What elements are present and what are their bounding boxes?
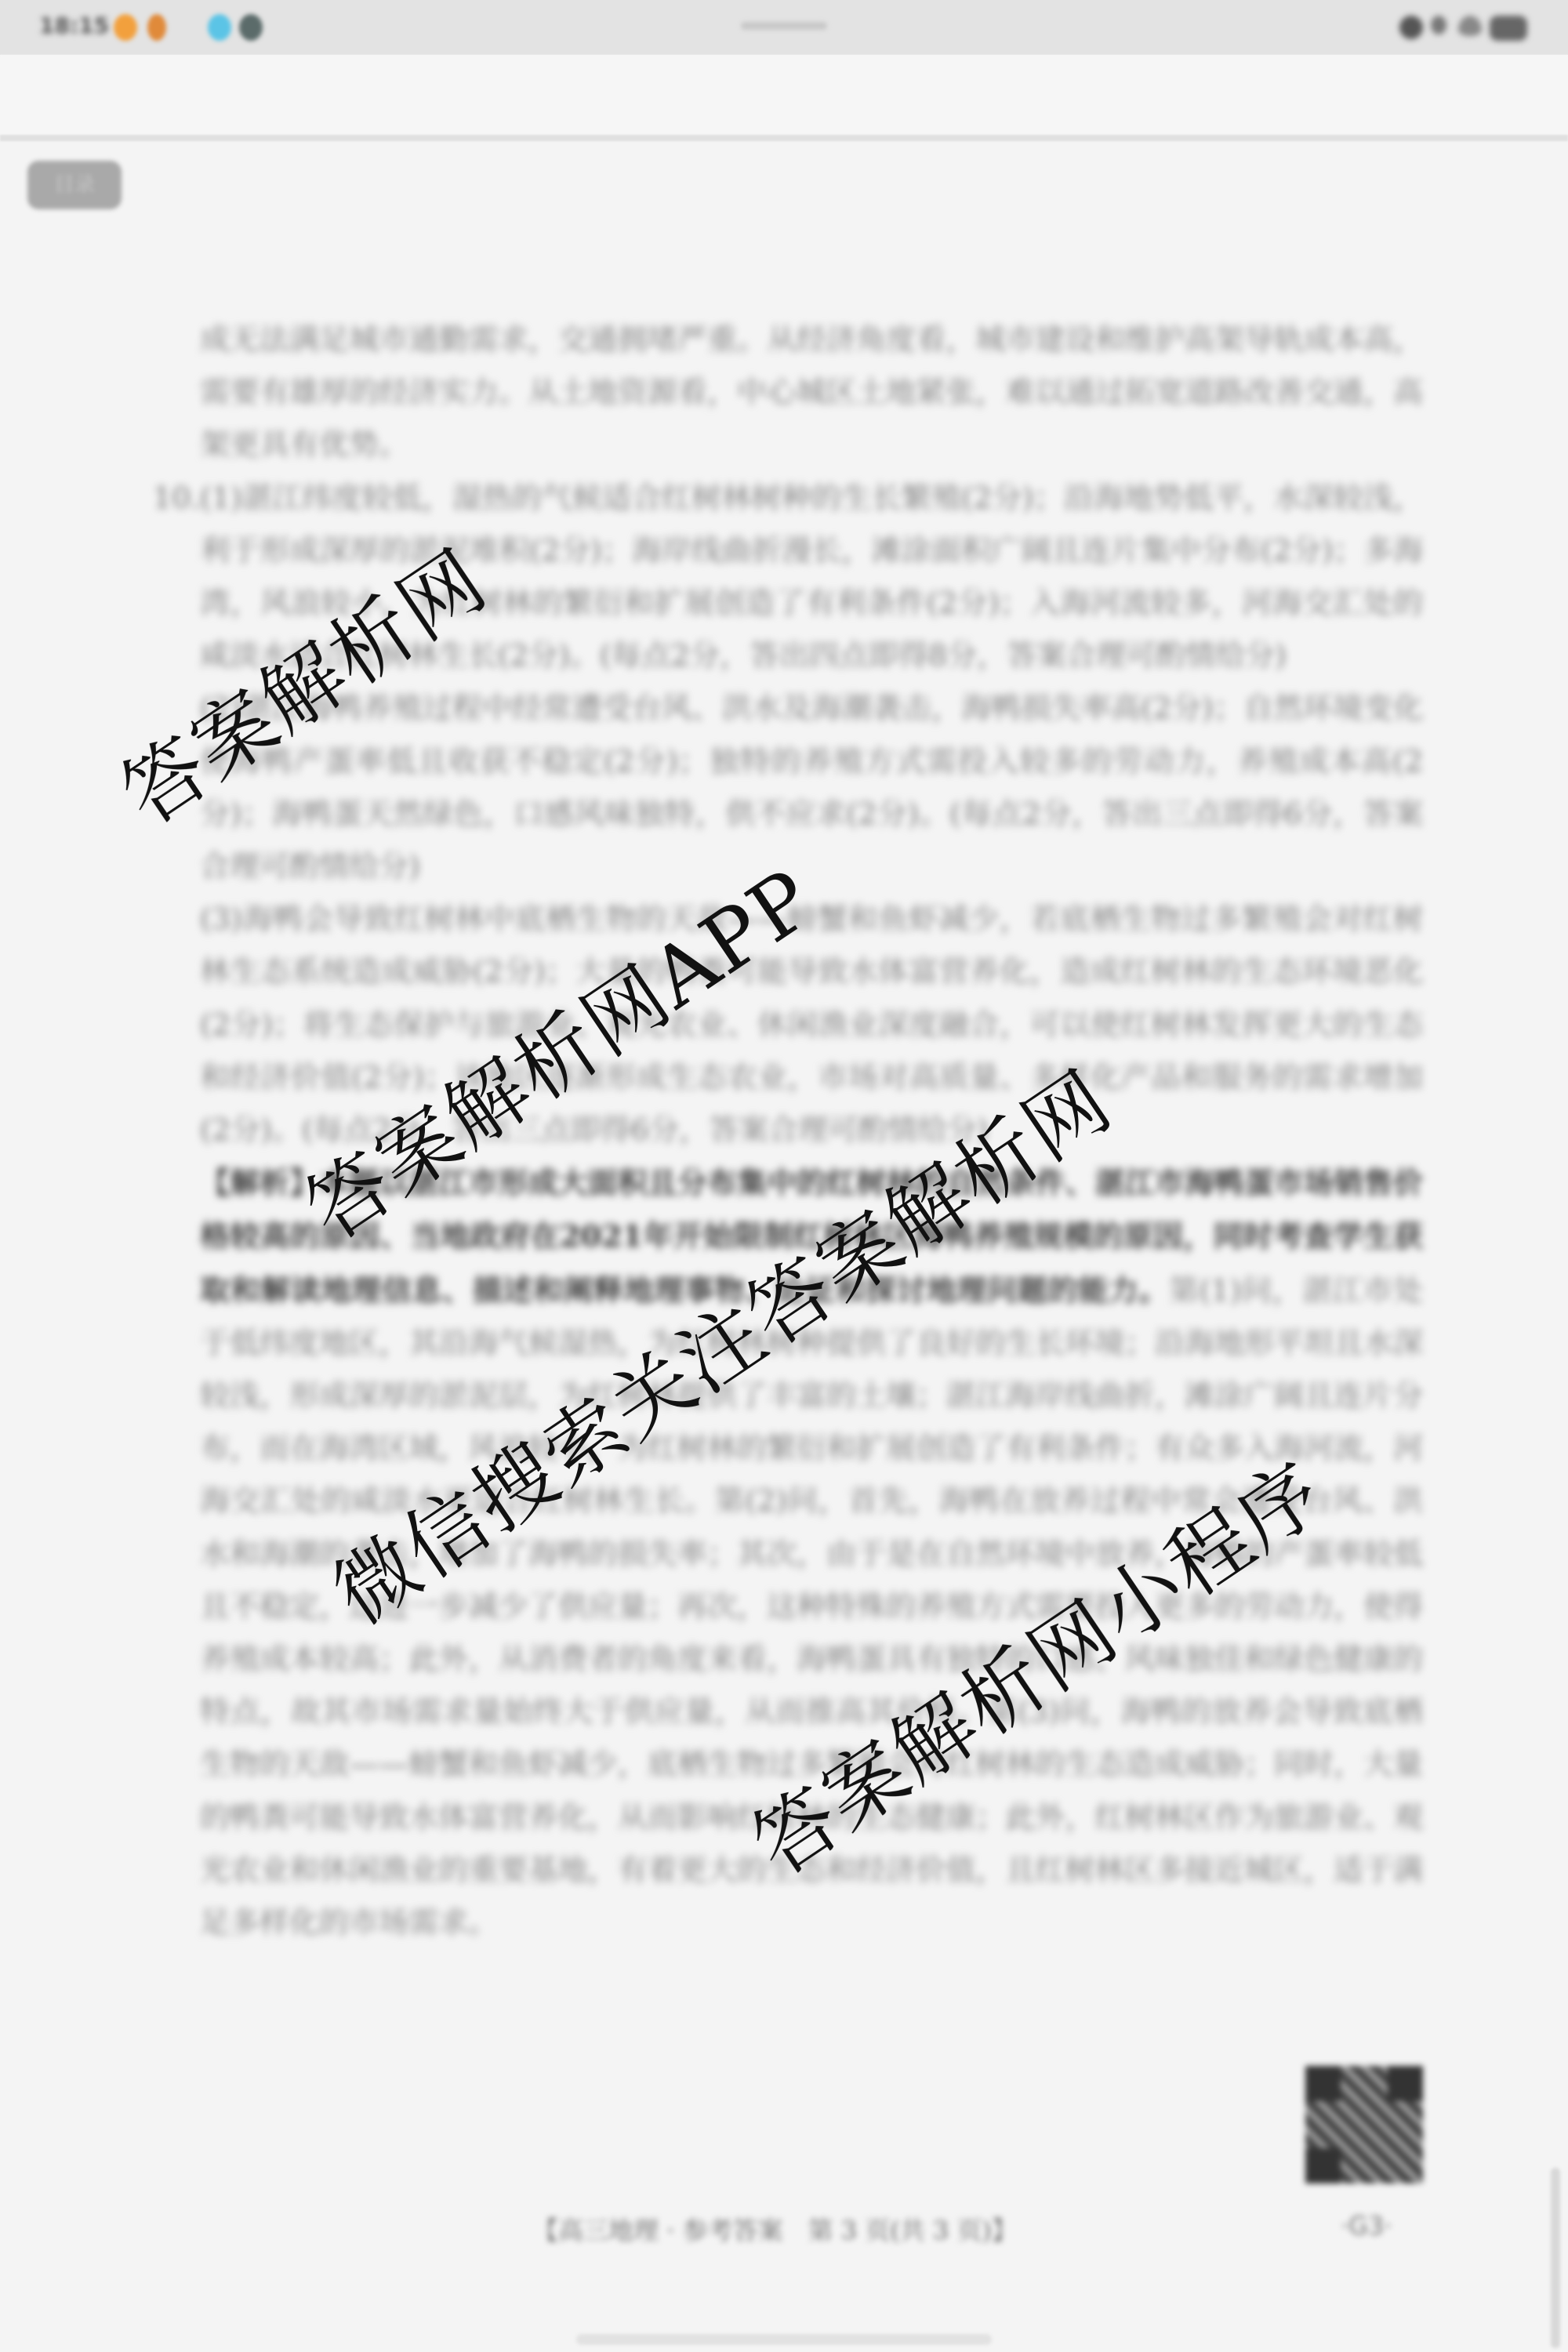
multitask-grabber[interactable] bbox=[741, 22, 827, 30]
location-icon bbox=[1431, 16, 1446, 34]
home-indicator[interactable] bbox=[576, 2334, 992, 2345]
app-notification-icon bbox=[208, 14, 231, 41]
intro-paragraph: 成无法满足城市通勤需求，交通拥堵严重。从经济角度看，城市建设和维护高架导轨成本高… bbox=[200, 314, 1423, 472]
page-mark: ·G3· bbox=[1341, 2211, 1392, 2241]
qr-code bbox=[1305, 2066, 1423, 2183]
reader-toolbar bbox=[0, 55, 1568, 141]
wifi-icon bbox=[1458, 16, 1482, 36]
app-notification-icon bbox=[114, 14, 137, 41]
answer-part-2: (2)湛江海鸭养殖过程中经常遭受台风、洪水及海潮袭击，海鸭损失率高(2分)；自然… bbox=[200, 682, 1423, 893]
app-notification-icon bbox=[147, 14, 166, 41]
question-number: 10. bbox=[153, 472, 200, 524]
signal-icon bbox=[1399, 16, 1423, 39]
vertical-scrollbar[interactable] bbox=[1551, 2168, 1560, 2348]
app-notification-icon bbox=[239, 14, 263, 41]
status-bar: 18:15 bbox=[0, 0, 1568, 55]
page-footer-title: 【高三地理 · 参考答案 第 3 页(共 3 页)】 bbox=[533, 2211, 1017, 2247]
battery-icon bbox=[1490, 16, 1527, 41]
status-time: 18:15 bbox=[39, 13, 109, 38]
toc-chip[interactable]: 目录 bbox=[27, 161, 122, 209]
